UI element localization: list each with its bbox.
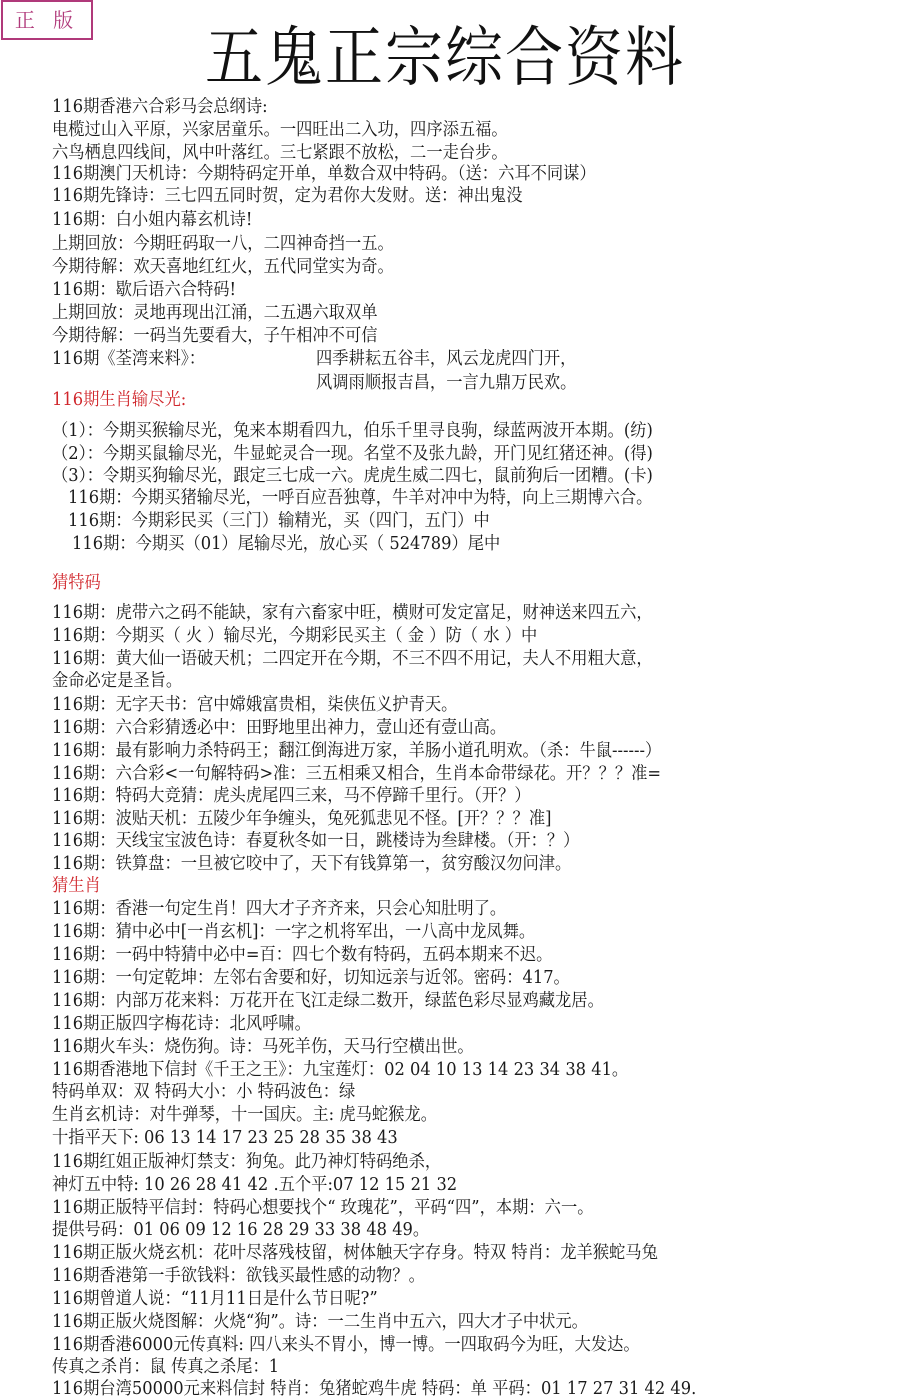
text-line: 116期正版特平信封：特码心想要找个“ 玫瑰花”，平码“四”，本期：六一。 — [52, 1197, 593, 1219]
text-line: 金命必定是圣旨。 — [52, 670, 182, 692]
text-line: 116期：一码中特猜中必中=百：四七个数有特码，五码本期来不迟。 — [52, 944, 552, 966]
text-line: 上期回放：灵地再现出江涌，二五遇六取双单 — [52, 302, 378, 324]
poem-line: 四季耕耘五谷丰，风云龙虎四门开， — [316, 348, 576, 370]
text-line: 116期：最有影响力杀特码王；翻江倒海进万家，羊肠小道孔明欢。（杀：牛鼠----… — [52, 740, 661, 762]
text-line: 116期：特码大竞猜：虎头虎尾四三来，马不停蹄千里行。（开？） — [52, 785, 531, 807]
text-line: 116期：白小姐内幕玄机诗! — [52, 209, 252, 231]
text-line: 116期正版四字梅花诗：北风呼啸。 — [52, 1013, 311, 1035]
text-line: 特码单双：双 特码大小：小 特码波色：绿 — [52, 1081, 355, 1103]
text-line: （3）：令期买狗输尽光，跟定三七成一六。虎虎生威二四七，鼠前狗后一团糟。(卡) — [52, 465, 653, 487]
page-title: 五鬼正宗综合资料 — [205, 18, 735, 96]
official-version-badge: 正 版 — [1, 0, 93, 40]
text-line: 116期：今期买（01）尾输尽光，放心买（ 524789）尾中 — [72, 533, 500, 555]
section-heading-guess-zodiac: 猜生肖 — [52, 875, 101, 897]
text-line: 116期：波贴天机：五陵少年争缠头，兔死狐悲见不怪。[开？？？准] — [52, 808, 551, 830]
text-line: 116期香港地下信封《千王之王》：九宝莲灯：02 04 10 13 14 23 … — [52, 1059, 628, 1081]
text-line: 116期红姐正版神灯禁支：狗兔。此乃神灯特码绝杀， — [52, 1151, 441, 1173]
text-line: 今期待解：欢天喜地红红火，五代同堂实为奇。 — [52, 256, 394, 278]
text-line: 116期香港第一手欲钱料：欲钱买最性感的动物？。 — [52, 1265, 425, 1287]
text-line: 116期：无字天书：宫中嫦娥富贵相，柒侠伍义护青天。 — [52, 694, 457, 716]
text-line: 116期正版火烧玄机：花叶尽落残枝留，树体触天字存身。特双 特肖：龙羊猴蛇马兔 — [52, 1242, 658, 1264]
text-line: 116期香港六合彩马会总纲诗: — [52, 96, 268, 118]
text-line: 116期曾道人说：“11月11日是什么节日呢?” — [52, 1288, 378, 1310]
text-line: （2）：今期买鼠输尽光，牛显蛇灵合一现。名堂不及张九龄，开门见红猪还神。(得) — [52, 443, 653, 465]
poem-line: 风调雨顺报吉昌，一言九鼎万民欢。 — [316, 372, 576, 394]
text-line: 116期台湾50000元来料信封 特肖：兔猪蛇鸡牛虎 特码：单 平码：01 17… — [52, 1378, 696, 1397]
text-line: 116期先锋诗：三七四五同时贺，定为君你大发财。送：神出鬼没 — [52, 185, 522, 207]
text-line: 116期：一句定乾坤：左邻右舍要和好，切知远亲与近邻。密码：417。 — [52, 967, 570, 989]
text-line: 116期：今期彩民买（三门）输精光，买（四门，五门）中 — [68, 510, 490, 532]
text-line: 116期澳门天机诗：今期特码定开单，单数合双中特码。（送：六耳不同谋） — [52, 163, 596, 185]
text-line: 116期：六合彩猜透必中：田野地里出神力，壹山还有壹山高。 — [52, 717, 506, 739]
text-line: 传真之杀肖：鼠 传真之杀尾：1 — [52, 1356, 279, 1378]
text-line: 神灯五中特: 10 26 28 41 42 .五个平:07 12 15 21 3… — [52, 1174, 457, 1196]
text-line: 116期：铁算盘：一旦被它咬中了，天下有钱算第一，贫穷酸汉勿问津。 — [52, 853, 571, 875]
text-line: 116期香港6000元传真料: 四八来头不胃小，博一博。一四取码今为旺，大发达。 — [52, 1334, 640, 1356]
text-line: 116期：今期买猪输尽光，一呼百应吾独尊，牛羊对冲中为特，向上三期博六合。 — [68, 487, 652, 509]
text-line: 116期：内部万花来料：万花开在飞江走绿二数开，绿蓝色彩尽显鸡藏龙居。 — [52, 990, 604, 1012]
text-line: 116期：天线宝宝波色诗：春夏秋冬如一日，跳楼诗为叁肆楼。（开：？） — [52, 830, 579, 852]
text-line: 116期《荃湾来料》： — [52, 348, 205, 370]
text-line: 六鸟栖息四线间，风中叶落红。三七紧跟不放松，二一走台步。 — [52, 142, 508, 164]
text-line: 116期：歇后语六合特码! — [52, 279, 236, 301]
text-line: 生肖玄机诗：对牛弹琴，十一国庆。主: 虎马蛇猴龙。 — [52, 1104, 437, 1126]
section-heading-zodiac-lose: 116期生肖输尽光: — [52, 389, 186, 411]
text-line: 116期：虎带六之码不能缺，家有六畜家中旺，横财可发定富足，财神送来四五六， — [52, 602, 653, 624]
text-line: 116期：六合彩<一句解特码>准：三五相乘又相合，生肖本命带绿花。开？？？准= — [52, 763, 661, 785]
text-line: 116期：今期买（ 火 ）输尽光，今期彩民买主（ 金 ）防（ 水 ）中 — [52, 625, 537, 647]
text-line: 提供号码：01 06 09 12 16 28 29 33 38 48 49。 — [52, 1219, 429, 1241]
text-line: （1）：今期买猴输尽光，兔来本期看四九，伯乐千里寻良驹，绿蓝两波开本期。(纺) — [52, 420, 653, 442]
text-line: 116期正版火烧图解：火烧“狗”。诗：一二生肖中五六，四大才子中状元。 — [52, 1311, 588, 1333]
text-line: 电榄过山入平原，兴家居童乐。一四旺出二入功，四序添五福。 — [52, 119, 508, 141]
text-line: 116期：香港一句定生肖！四大才子齐齐来，只会心知肚明了。 — [52, 898, 506, 920]
text-line: 116期：猜中必中[一肖玄机]：一字之机将军出，一八高中龙凤舞。 — [52, 921, 535, 943]
text-line: 116期：黄大仙一语破天机；二四定开在今期，不三不四不用记，夫人不用粗大意， — [52, 648, 653, 670]
text-line: 今期待解：一码当先要看大，子午相冲不可信 — [52, 325, 378, 347]
text-line: 上期回放：今期旺码取一八，二四神奇挡一五。 — [52, 233, 394, 255]
text-line: 十指平天下: 06 13 14 17 23 25 28 35 38 43 — [52, 1127, 398, 1149]
section-heading-guess-special: 猜特码 — [52, 572, 101, 594]
text-line: 116期火车头：烧伤狗。诗：马死羊伤，天马行空横出世。 — [52, 1036, 474, 1058]
